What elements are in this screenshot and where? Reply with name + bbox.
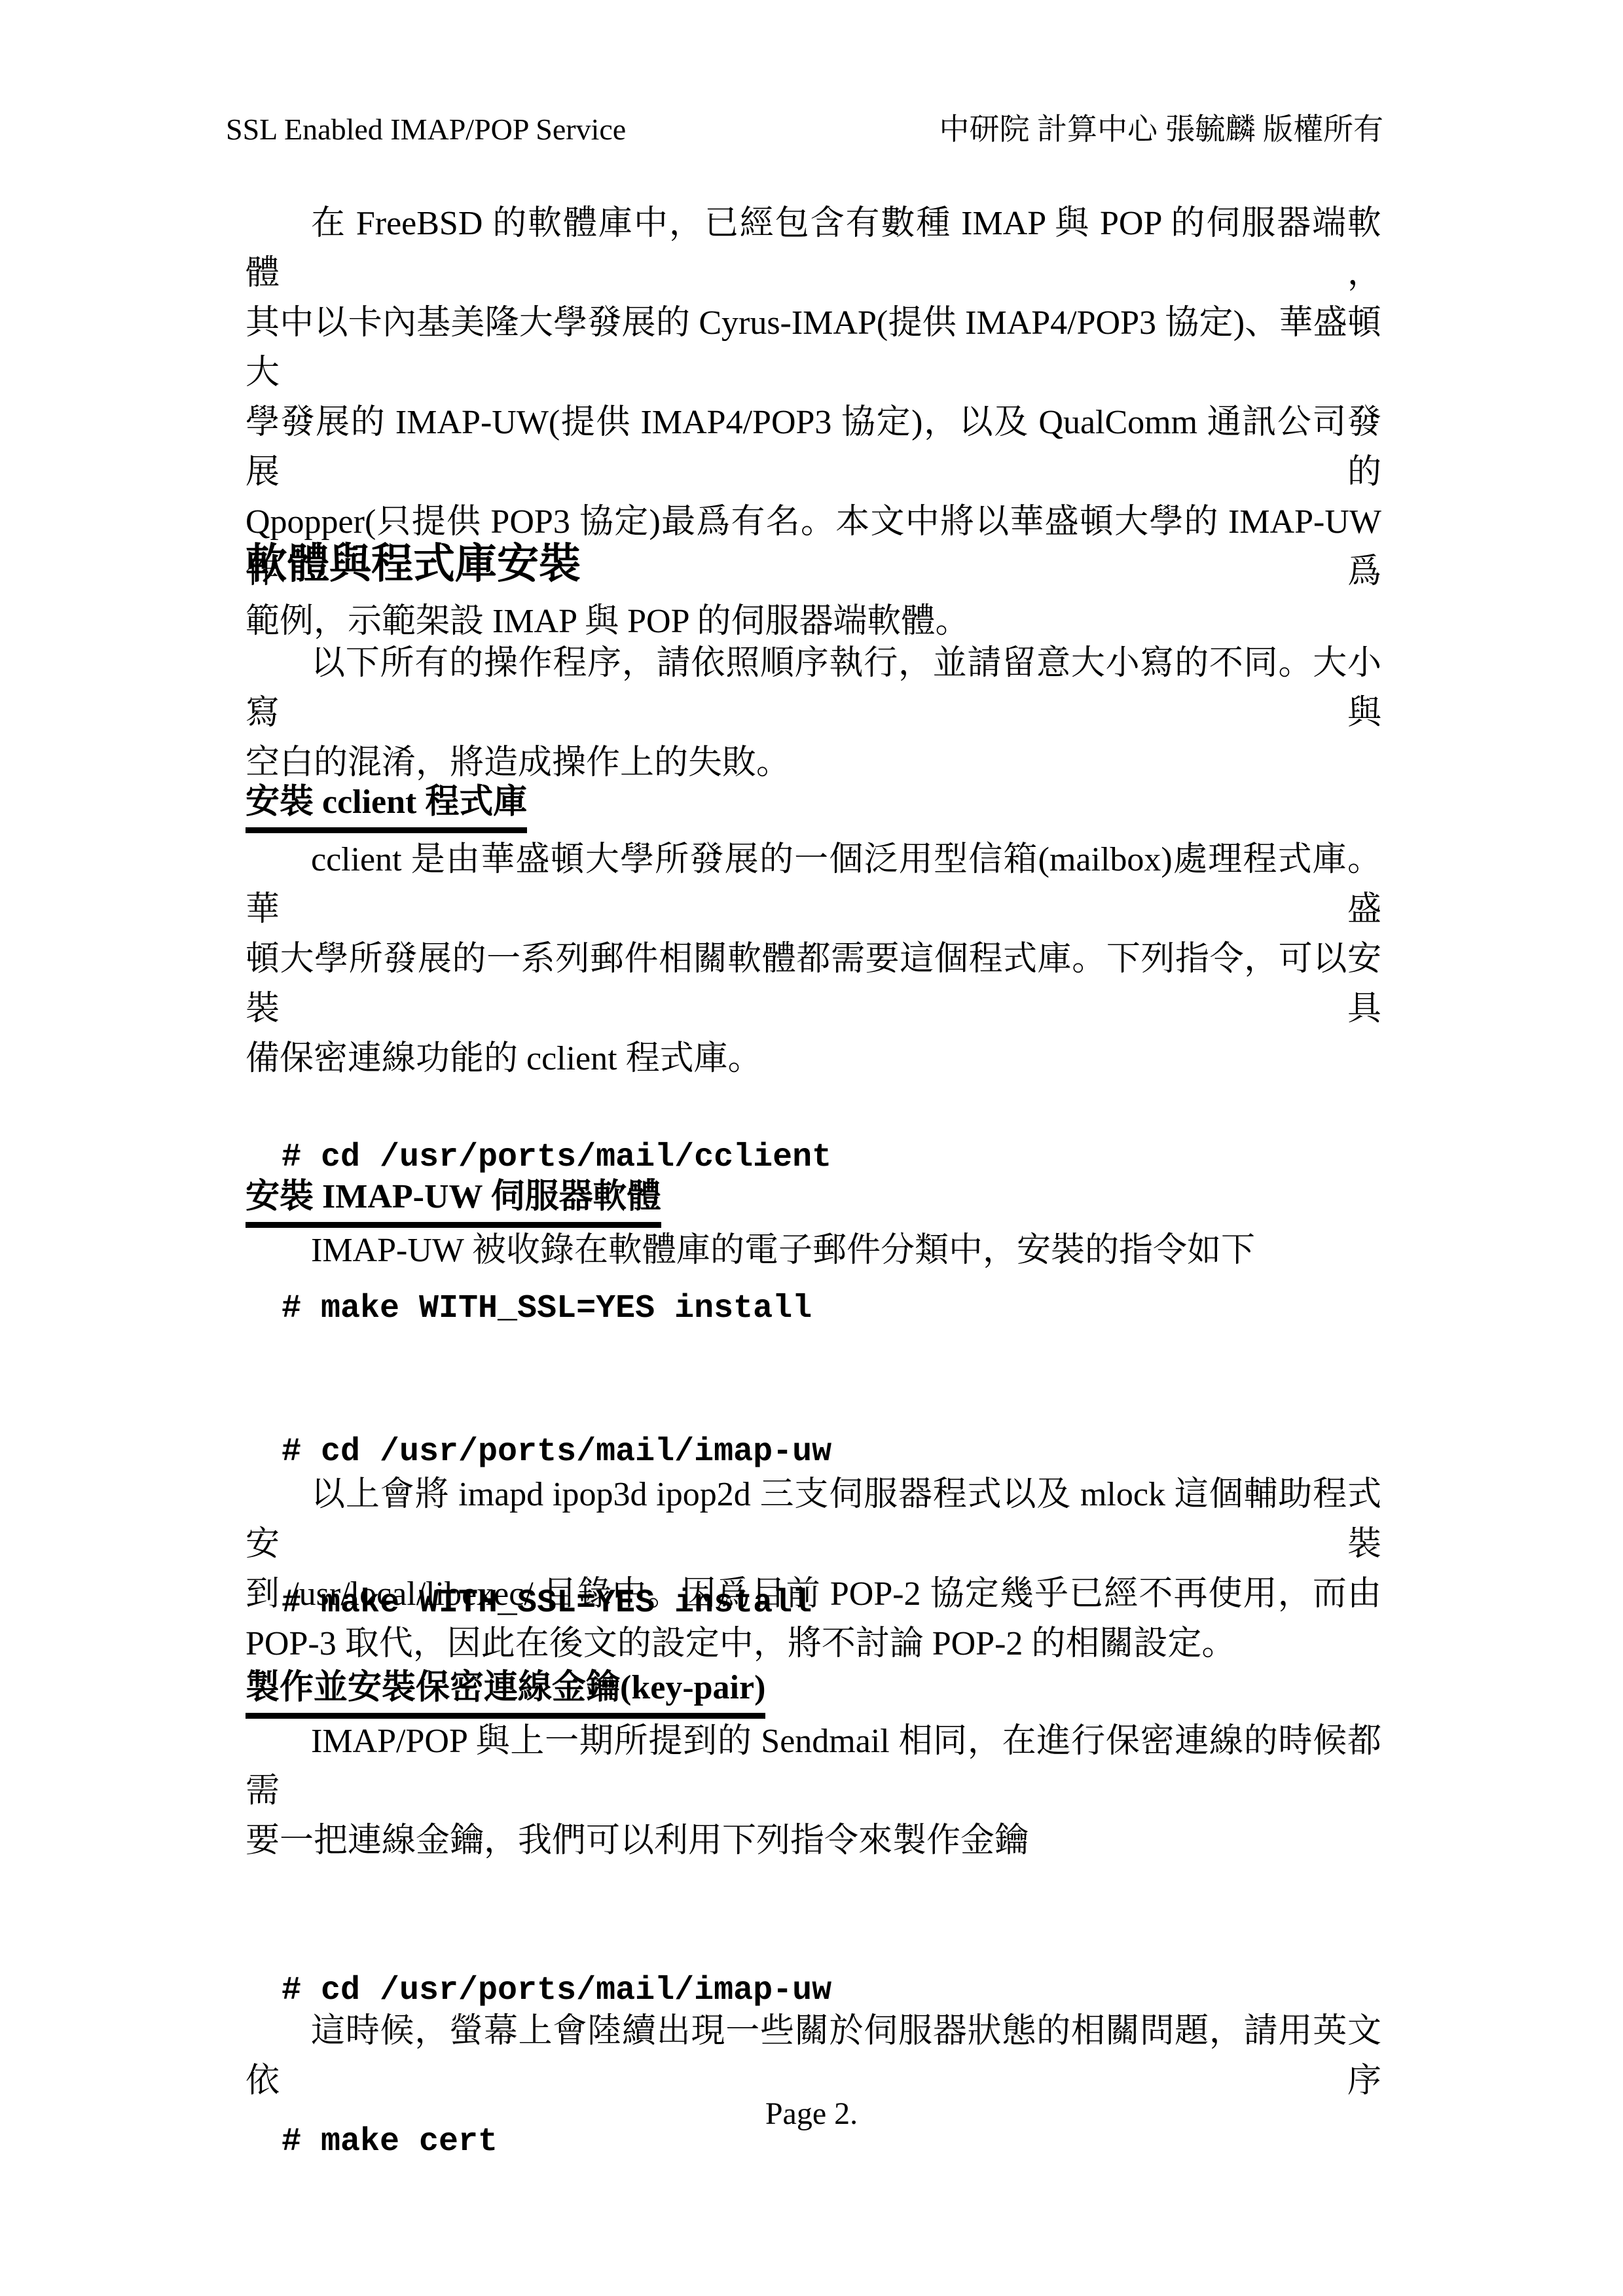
text-line: 要一把連線金鑰，我們可以利用下列指令來製作金鑰 bbox=[246, 1816, 1381, 1866]
text-line: 頓大學所發展的一系列郵件相關軟體都需要這個程式庫。下列指令，可以安裝具 bbox=[246, 935, 1381, 1034]
text-line: IMAP-UW 被收錄在軟體庫的電子郵件分類中，安裝的指令如下 bbox=[246, 1226, 1381, 1276]
subsection-heading-imapuw: 安裝 IMAP-UW 伺服器軟體 bbox=[246, 1175, 661, 1228]
keypair-closing-paragraph: 這時候，螢幕上會陸續出現一些關於伺服器狀態的相關問題，請用英文依序 bbox=[246, 2007, 1381, 2106]
subsection-heading-cclient: 安裝 cclient 程式庫 bbox=[246, 781, 527, 833]
keypair-paragraph: IMAP/POP 與上一期所提到的 Sendmail 相同，在進行保密連線的時候… bbox=[246, 1717, 1381, 1866]
section-heading: 軟體與程式庫安裝 bbox=[246, 538, 1381, 590]
document-page: SSL Enabled IMAP/POP Service 中研院 計算中心 張毓… bbox=[0, 0, 1623, 2296]
header-title: SSL Enabled IMAP/POP Service bbox=[226, 110, 626, 149]
imapuw-result-paragraph: 以上會將 imapd ipop3d ipop2d 三支伺服器程式以及 mlock… bbox=[246, 1470, 1381, 1669]
text-line: 以下所有的操作程序，請依照順序執行，並請留意大小寫的不同。大小寫與 bbox=[246, 639, 1381, 738]
subsection-title: 安裝 cclient 程式庫 bbox=[246, 781, 527, 833]
imapuw-paragraph: IMAP-UW 被收錄在軟體庫的電子郵件分類中，安裝的指令如下 bbox=[246, 1226, 1381, 1276]
text-line: 以上會將 imapd ipop3d ipop2d 三支伺服器程式以及 mlock… bbox=[246, 1470, 1381, 1570]
subsection-title: 安裝 IMAP-UW 伺服器軟體 bbox=[246, 1175, 661, 1228]
text-line: 學發展的 IMAP-UW(提供 IMAP4/POP3 協定)，以及 QualCo… bbox=[246, 398, 1381, 497]
page-header: SSL Enabled IMAP/POP Service 中研院 計算中心 張毓… bbox=[226, 110, 1383, 149]
text-line: 其中以卡內基美隆大學發展的 Cyrus-IMAP(提供 IMAP4/POP3 協… bbox=[246, 298, 1381, 398]
text-line: 這時候，螢幕上會陸續出現一些關於伺服器狀態的相關問題，請用英文依序 bbox=[246, 2007, 1381, 2106]
text-line: 在 FreeBSD 的軟體庫中，已經包含有數種 IMAP 與 POP 的伺服器端… bbox=[246, 199, 1381, 298]
page-number: Page 2. bbox=[0, 2094, 1623, 2134]
header-copyright: 中研院 計算中心 張毓麟 版權所有 bbox=[939, 110, 1384, 149]
subsection-heading-keypair: 製作並安裝保密連線金鑰(key-pair) bbox=[246, 1666, 765, 1719]
section-paragraph: 以下所有的操作程序，請依照順序執行，並請留意大小寫的不同。大小寫與 空白的混淆，… bbox=[246, 639, 1381, 788]
text-line: IMAP/POP 與上一期所提到的 Sendmail 相同，在進行保密連線的時候… bbox=[246, 1717, 1381, 1816]
text-line: POP-3 取代，因此在後文的設定中，將不討論 POP-2 的相關設定。 bbox=[246, 1619, 1381, 1669]
text-line: 到 /usr/local/libexec/ 目錄中。因爲目前 POP-2 協定幾… bbox=[246, 1570, 1381, 1619]
subsection-title: 製作並安裝保密連線金鑰(key-pair) bbox=[246, 1666, 765, 1719]
text-line: cclient 是由華盛頓大學所發展的一個泛用型信箱(mailbox)處理程式庫… bbox=[246, 835, 1381, 935]
